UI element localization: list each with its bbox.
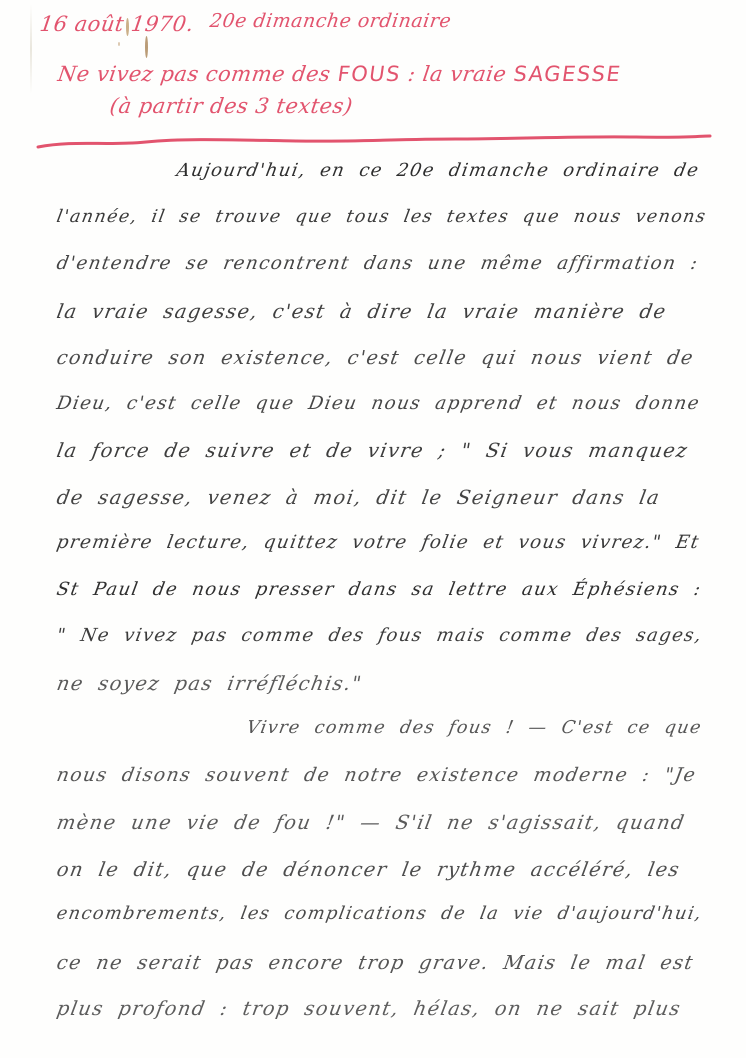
manuscript-line: Aujourd'hui, en ce 20e dimanche ordinair…: [175, 160, 701, 181]
manuscript-line: de sagesse, venez à moi, dit le Seigneur…: [55, 486, 662, 509]
manuscript-line: ne soyez pas irréfléchis.": [55, 672, 364, 695]
header-date: 16 août 1970.: [38, 12, 195, 36]
manuscript-line: on le dit, que de dénoncer le rythme acc…: [55, 858, 682, 881]
manuscript-line: l'année, il se trouve que tous les texte…: [55, 207, 708, 227]
manuscript-line: St Paul de nous presser dans sa lettre a…: [55, 579, 703, 600]
title-caps-fous: FOUS: [336, 62, 403, 86]
manuscript-line: la force de suivre et de vivre ; " Si vo…: [55, 439, 690, 462]
header-subtitle: (à partir des 3 textes): [108, 94, 354, 118]
title-part-1: Ne vivez pas comme des: [56, 62, 339, 86]
manuscript-line: la vraie sagesse, c'est à dire la vraie …: [55, 300, 669, 323]
manuscript-line: Vivre comme des fous ! — C'est ce que: [245, 718, 704, 738]
manuscript-line: encombrements, les complications de la v…: [55, 904, 704, 924]
manuscript-line: d'entendre se rencontrent dans une même …: [55, 253, 700, 274]
manuscript-line: mène une vie de fou !" — S'il ne s'agiss…: [55, 811, 687, 834]
manuscript-line: Dieu, c'est celle que Dieu nous apprend …: [55, 393, 702, 414]
title-caps-sagesse: SAGESSE: [512, 62, 623, 86]
manuscript-line: plus profond : trop souvent, hélas, on n…: [55, 997, 683, 1020]
paper-edge: [30, 4, 32, 94]
manuscript-line: ce ne serait pas encore trop grave. Mais…: [55, 951, 696, 974]
manuscript-line: nous disons souvent de notre existence m…: [55, 765, 698, 786]
ink-stain: [118, 42, 120, 46]
red-wavy-underline: [36, 132, 712, 152]
header-title: Ne vivez pas comme des FOUS : la vraie S…: [56, 62, 623, 86]
manuscript-line: " Ne vivez pas comme des fous mais comme…: [55, 625, 704, 646]
manuscript-page: 16 août 1970. 20e dimanche ordinaire Ne …: [0, 0, 746, 1058]
title-part-2: : la vraie: [399, 62, 515, 86]
header-occasion: 20e dimanche ordinaire: [208, 10, 452, 32]
manuscript-line: première lecture, quittez votre folie et…: [55, 532, 701, 553]
ink-stain: [145, 36, 148, 58]
manuscript-line: conduire son existence, c'est celle qui …: [55, 346, 696, 369]
